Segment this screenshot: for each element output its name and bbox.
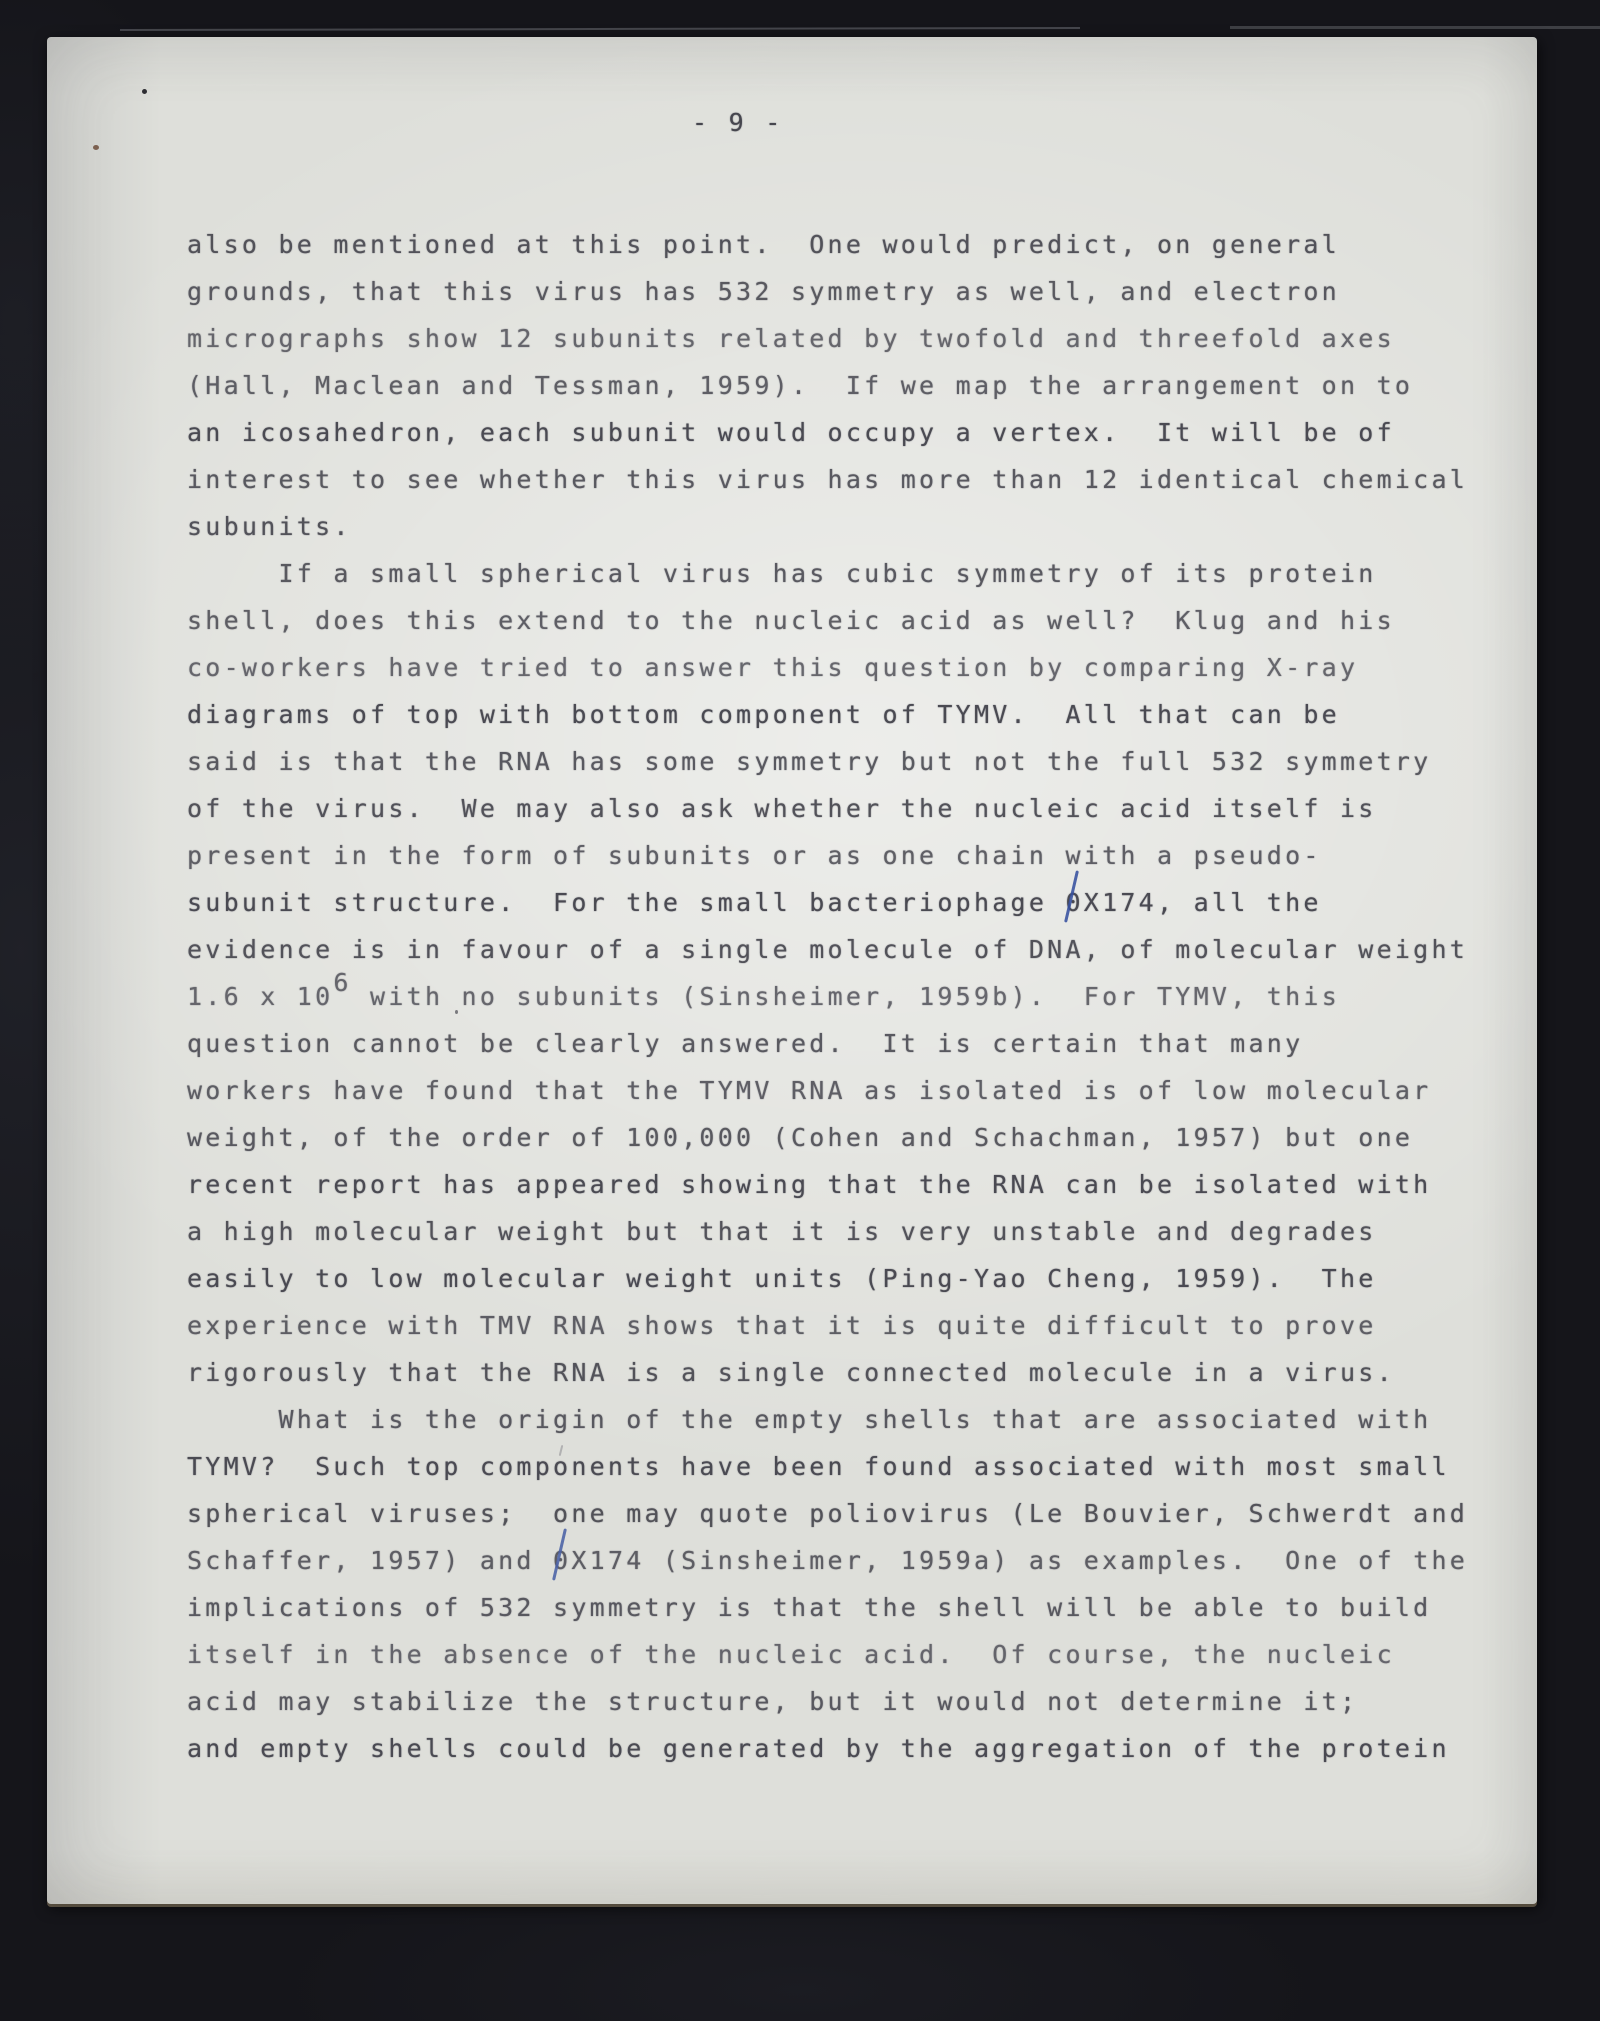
- superscript-exponent: 6: [333, 968, 351, 997]
- text-line: experience with TMV RNA shows that it is…: [187, 1302, 1517, 1349]
- scanner-scratch: [120, 27, 1080, 31]
- blue-slash-zero: 0: [553, 1546, 571, 1575]
- text-line: 1.6 x 106 with no subunits (Sinsheimer, …: [187, 973, 1517, 1020]
- text-line: grounds, that this virus has 532 symmetr…: [187, 268, 1517, 315]
- text-line: said is that the RNA has some symmetry b…: [187, 738, 1517, 785]
- text-line: interest to see whether this virus has m…: [187, 456, 1517, 503]
- paper-speck: [93, 145, 99, 150]
- text-line: TYMV? Such top components have been foun…: [187, 1443, 1517, 1490]
- text-line: shell, does this extend to the nucleic a…: [187, 597, 1517, 644]
- text-line: implications of 532 symmetry is that the…: [187, 1584, 1517, 1631]
- text-line: easily to low molecular weight units (Pi…: [187, 1255, 1517, 1302]
- text-line: acid may stabilize the structure, but it…: [187, 1678, 1517, 1725]
- text-line: If a small spherical virus has cubic sym…: [187, 550, 1517, 597]
- text-line: (Hall, Maclean and Tessman, 1959). If we…: [187, 362, 1517, 409]
- text-line: spherical viruses; one may quote poliovi…: [187, 1490, 1517, 1537]
- text-line: also be mentioned at this point. One wou…: [187, 221, 1517, 268]
- page-number: - 9 -: [692, 99, 784, 146]
- text-line: diagrams of top with bottom component of…: [187, 691, 1517, 738]
- text-line: evidence is in favour of a single molecu…: [187, 926, 1517, 973]
- scanner-scratch: [1230, 26, 1600, 29]
- text-line: micrographs show 12 subunits related by …: [187, 315, 1517, 362]
- text-line: of the virus. We may also ask whether th…: [187, 785, 1517, 832]
- paper-speck: [142, 89, 147, 94]
- text-line: subunit structure. For the small bacteri…: [187, 879, 1517, 926]
- text-line: question cannot be clearly answered. It …: [187, 1020, 1517, 1067]
- text-line: co-workers have tried to answer this que…: [187, 644, 1517, 691]
- text-line: an icosahedron, each subunit would occup…: [187, 409, 1517, 456]
- text-line: itself in the absence of the nucleic aci…: [187, 1631, 1517, 1678]
- text-line: rigorously that the RNA is a single conn…: [187, 1349, 1517, 1396]
- text-line: recent report has appeared showing that …: [187, 1161, 1517, 1208]
- text-line: workers have found that the TYMV RNA as …: [187, 1067, 1517, 1114]
- text-line: a high molecular weight but that it is v…: [187, 1208, 1517, 1255]
- text-line: weight, of the order of 100,000 (Cohen a…: [187, 1114, 1517, 1161]
- text-line: present in the form of subunits or as on…: [187, 832, 1517, 879]
- text-line: Schaffer, 1957) and 0X174 (Sinsheimer, 1…: [187, 1537, 1517, 1584]
- text-block: also be mentioned at this point. One wou…: [187, 221, 1517, 1772]
- blue-slash-zero: 0: [1065, 888, 1083, 917]
- text-line: and empty shells could be generated by t…: [187, 1725, 1517, 1772]
- manuscript-page: - 9 - also be mentioned at this point. O…: [47, 37, 1537, 1904]
- text-line: What is the origin of the empty shells t…: [187, 1396, 1517, 1443]
- text-line: subunits.: [187, 503, 1517, 550]
